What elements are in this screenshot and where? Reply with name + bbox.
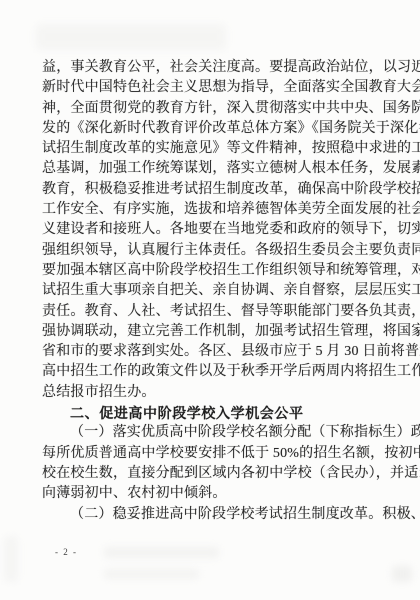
text-line: 省和市的要求落到实处。各区、县级市应于 5 月 30 日前将普通 [42,342,384,362]
text-line: 益，事关教育公平，社会关注度高。要提高政治站位，以习近平 [42,58,384,78]
document-body: 益，事关教育公平，社会关注度高。要提高政治站位，以习近平 新时代中国特色社会主义… [42,58,384,525]
text-line: 发的《深化新时代教育评价改革总体方案》《国务院关于深化考 [42,119,384,139]
text-line: 义建设者和接班人。各地要在当地党委和政府的领导下，切实加 [42,220,384,240]
text-line: 新时代中国特色社会主义思想为指导，全面落实全国教育大会精 [42,78,384,98]
page-number: - 2 - [55,547,78,557]
text-line: 工作安全、有序实施，选拔和培养德智体美劳全面发展的社会主 [42,200,384,220]
text-line: 强组织领导，认真履行主体责任。各级招生委员会主要负责同志 [42,241,384,261]
scan-artifact [4,536,18,582]
scan-artifact [36,24,226,50]
text-line: 责任。教育、人社、考试招生、督导等职能部门要各负其责，加 [42,302,384,322]
scan-artifact [392,566,412,582]
text-line: 强协调联动，建立完善工作机制，加强考试招生管理，将国家、 [42,322,384,342]
text-line: 试招生重大事项亲自把关、亲自协调、亲自督察，层层压实工作 [42,281,384,301]
scan-artifact [104,547,219,558]
text-line: 教育，积极稳妥推进考试招生制度改革，确保高中阶段学校招生 [42,180,384,200]
scanned-document-page: 益，事关教育公平，社会关注度高。要提高政治站位，以习近平 新时代中国特色社会主义… [0,0,420,600]
text-line: 向薄弱初中、农村初中倾斜。 [42,484,384,504]
text-line: 高中招生工作的政策文件以及于秋季开学后两周内将招生工作 [42,362,384,382]
text-line: 总基调，加强工作统筹谋划，落实立德树人根本任务，发展素质 [42,159,384,179]
text-line: 总结报市招生办。 [42,383,384,403]
text-line: （一）落实优质高中阶段学校名额分配（下称指标生）政策。 [42,423,384,443]
text-line: 神，全面贯彻党的教育方针，深入贯彻落实中共中央、国务院印 [42,99,384,119]
text-line: 要加强本辖区高中阶段学校招生工作组织领导和统筹管理，对考 [42,261,384,281]
text-line: 校在校生数，直接分配到区域内各初中学校（含民办），并适当 [42,464,384,484]
section-heading: 二、促进高中阶段学校入学机会公平 [42,403,384,423]
scan-artifact [104,569,199,579]
text-line: 试招生制度改革的实施意见》等文件精神，按照稳中求进的工作 [42,139,384,159]
text-line: （二）稳妥推进高中阶段学校考试招生制度改革。积极、稳 [42,505,384,525]
text-line: 每所优质普通高中学校要安排不低于 50%的招生名额，按初中学 [42,444,384,464]
